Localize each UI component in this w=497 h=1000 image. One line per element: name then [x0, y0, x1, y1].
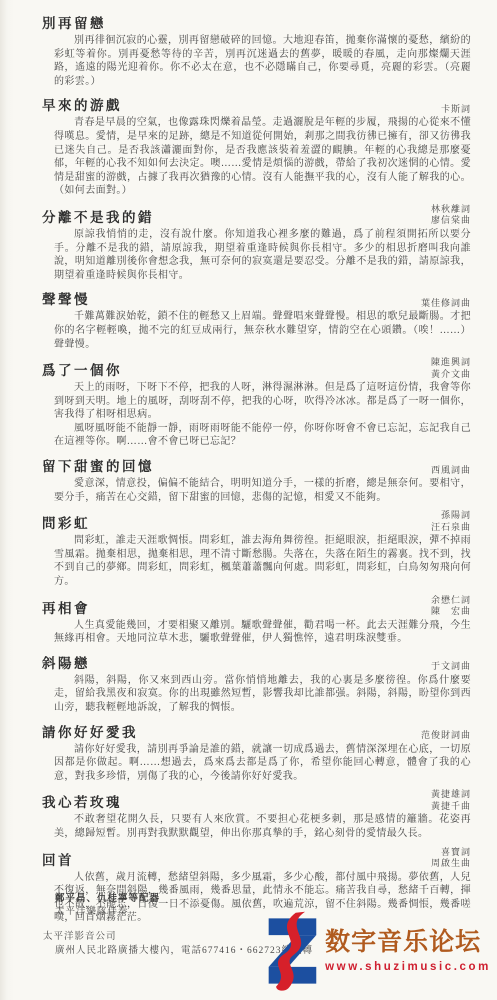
song-section: 聲聲慢 葉佳修詞曲 千難萬難淚始乾，鎖不住的輕愁又上眉端。聲聲唱來聲聲慢。相思的… — [42, 288, 471, 351]
watermark-site-name: 数字音乐论坛 — [325, 929, 491, 956]
song-title: 留下甜蜜的回憶 — [42, 458, 154, 475]
song-lyrics: 原諒我悄悄的走，沒有說什麼。你知道我心裡多麼的難過，爲了前程須開拓所以要分手。分… — [54, 228, 471, 282]
song-credits: 卡斯詞 — [441, 104, 471, 116]
song-credits: 林秋離詞廖信棠曲 — [431, 204, 471, 227]
song-section: 斜陽戀 于文詞曲 斜陽，斜陽，你又來到西山旁。當你悄悄地離去，我的心裏是多麼徬徨… — [42, 652, 471, 715]
song-title: 分離不是我的錯 — [42, 209, 154, 226]
credit-line: 范俊財詞曲 — [421, 730, 471, 742]
song-section: 別再留戀 別再徘徊沉寂的心靈，別再留戀破碎的回憶。大地迎春笛，拋棄你滿懷的憂愁，… — [42, 12, 471, 88]
song-section: 我心若玫瑰 黃捷雄詞黃捷千曲 不敢奢望花開久長，只要有人來欣賞。不要担心花梗多刺… — [42, 789, 471, 840]
song-lyrics: 別再徘徊沉寂的心靈，別再留戀破碎的回憶。大地迎春笛，拋棄你滿懷的憂愁，繽紛的彩虹… — [54, 34, 471, 88]
song-credits: 西風詞曲 — [431, 465, 471, 477]
song-lyrics: 青春是早晨的空氣，也像露珠閃爍着晶瑩。走過灑脫是年輕的步履，飛揚的心從來不懂得嘆… — [54, 116, 471, 198]
credit-line: 陳 宏曲 — [431, 606, 471, 618]
song-credits: 范俊財詞曲 — [421, 730, 471, 742]
song-title: 斜陽戀 — [42, 655, 90, 672]
lyric-paragraph: 愛意深，情意投，偏偏不能結合，明明知道分手，一樣的折磨，總是無奈何。要相守，要分… — [54, 477, 471, 504]
song-section: 請你好好愛我 范俊財詞曲 請你好好愛我，請別再爭論是誰的錯，就讓一切成爲過去，舊… — [42, 721, 471, 784]
credit-line: 孫陽詞 — [431, 510, 471, 522]
song-header: 爲了一個你 陳進興詞黃介文曲 — [42, 357, 471, 380]
credit-line: 余懋仁詞 — [431, 595, 471, 607]
song-section: 再相會 余懋仁詞陳 宏曲 人生真愛能幾回，才要相聚又離別。驪歌聲聲催，勸君喝一杯… — [42, 595, 471, 646]
song-section: 問彩虹 孫陽詞汪石泉曲 問彩虹，誰走天涯歌惆悵。問彩虹，誰去海角舞徬徨。拒絕眼淚… — [42, 510, 471, 588]
song-lyrics: 天上的雨呀，下呀下不停，把我的人呀，淋得濕淋淋。但是爲了這呀這份情，我會等你到呀… — [54, 381, 471, 449]
credit-line: 周啟生曲 — [431, 858, 471, 870]
credit-line: 黃捷雄詞 — [431, 789, 471, 801]
watermark-logo: 数字音乐论坛 www.shuzimusic.com — [264, 910, 491, 992]
song-credits: 陳進興詞黃介文曲 — [431, 357, 471, 380]
song-header: 早來的游戲 卡斯詞 — [42, 94, 471, 115]
song-section: 留下甜蜜的回憶 西風詞曲 愛意深，情意投，偏偏不能結合，明明知道分手，一樣的折磨… — [42, 455, 471, 504]
song-lyrics: 千難萬難淚始乾，鎖不住的輕愁又上眉端。聲聲唱來聲聲慢。相思的歌兒最斷腸。才把你的… — [54, 310, 471, 351]
credit-line: 喜寶詞 — [431, 847, 471, 859]
song-header: 別再留戀 — [42, 12, 471, 33]
song-section: 爲了一個你 陳進興詞黃介文曲 天上的雨呀，下呀下不停，把我的人呀，淋得濕淋淋。但… — [42, 357, 471, 449]
song-lyrics: 不敢奢望花開久長，只要有人來欣賞。不要担心花梗多刺，那是感情的籬牆。花姿再美，總… — [54, 813, 471, 840]
song-header: 再相會 余懋仁詞陳 宏曲 — [42, 595, 471, 618]
lyric-paragraph: 人生真愛能幾回，才要相聚又離別。驪歌聲聲催，勸君喝一杯。此去天涯難分飛，今生無緣… — [54, 619, 471, 646]
lyric-paragraph: 別再徘徊沉寂的心靈，別再留戀破碎的回憶。大地迎春笛，拋棄你滿懷的憂愁，繽紛的彩虹… — [54, 34, 471, 88]
song-credits: 喜寶詞周啟生曲 — [431, 847, 471, 870]
song-title: 問彩虹 — [42, 515, 90, 532]
song-header: 我心若玫瑰 黃捷雄詞黃捷千曲 — [42, 789, 471, 812]
lyric-paragraph: 天上的雨呀，下呀下不停，把我的人呀，淋得濕淋淋。但是爲了這呀這份情，我會等你到呀… — [54, 381, 471, 422]
song-title: 早來的游戲 — [42, 97, 122, 114]
song-list: 別再留戀 別再徘徊沉寂的心靈，別再留戀破碎的回憶。大地迎春笛，拋棄你滿懷的憂愁，… — [42, 12, 471, 925]
song-lyrics: 問彩虹，誰走天涯歌惆悵。問彩虹，誰去海角舞徬徨。拒絕眼淚，拒絕眼淚，彈不掉雨雪風… — [54, 534, 471, 588]
song-title: 請你好好愛我 — [42, 724, 138, 741]
credit-line: 黃介文曲 — [431, 369, 471, 381]
song-lyrics: 人生真愛能幾回，才要相聚又離別。驪歌聲聲催，勸君喝一杯。此去天涯難分飛，今生無緣… — [54, 619, 471, 646]
song-header: 回首 喜寶詞周啟生曲 — [42, 847, 471, 870]
song-lyrics: 斜陽，斜陽，你又來到西山旁。當你悄悄地離去，我的心裏是多麼徬徨。你爲什麼要走，留… — [54, 674, 471, 715]
song-credits: 葉佳修詞曲 — [421, 298, 471, 310]
lyric-paragraph: 請你好好愛我，請別再爭論是誰的錯，就讓一切成爲過去，舊情深深埋在心底，一切原因都… — [54, 743, 471, 784]
lyrics-sheet: 別再留戀 別再徘徊沉寂的心靈，別再留戀破碎的回憶。大地迎春笛，拋棄你滿懷的憂愁，… — [0, 0, 497, 1000]
credit-line: 于文詞曲 — [431, 661, 471, 673]
z-flame-icon — [264, 910, 320, 992]
song-title: 再相會 — [42, 600, 90, 617]
credit-line: 黃捷千曲 — [431, 801, 471, 813]
credit-line: 廖信棠曲 — [431, 215, 471, 227]
arranger-credit: 鄭平昌、仇桂寧等配器 — [55, 893, 313, 906]
credit-line: 汪石泉曲 — [431, 522, 471, 534]
song-section: 分離不是我的錯 林秋離詞廖信棠曲 原諒我悄悄的走，沒有說什麼。你知道我心裡多麼的… — [42, 204, 471, 282]
song-title: 回首 — [42, 852, 74, 869]
song-credits: 黃捷雄詞黃捷千曲 — [431, 789, 471, 812]
song-lyrics: 愛意深，情意投，偏偏不能結合，明明知道分手，一樣的折磨，總是無奈何。要相守，要分… — [54, 477, 471, 504]
song-header: 問彩虹 孫陽詞汪石泉曲 — [42, 510, 471, 533]
lyric-paragraph: 千難萬難淚始乾，鎖不住的輕愁又上眉端。聲聲唱來聲聲慢。相思的歌兒最斷腸。才把你的… — [54, 310, 471, 351]
credit-line: 西風詞曲 — [431, 465, 471, 477]
credit-line: 卡斯詞 — [441, 104, 471, 116]
song-header: 分離不是我的錯 林秋離詞廖信棠曲 — [42, 204, 471, 227]
lyric-paragraph: 原諒我悄悄的走，沒有說什麼。你知道我心裡多麼的難過，爲了前程須開拓所以要分手。分… — [54, 228, 471, 282]
song-credits: 余懋仁詞陳 宏曲 — [431, 595, 471, 618]
song-credits: 孫陽詞汪石泉曲 — [431, 510, 471, 533]
song-credits: 于文詞曲 — [431, 661, 471, 673]
song-header: 斜陽戀 于文詞曲 — [42, 652, 471, 673]
song-title: 別再留戀 — [42, 15, 106, 32]
credit-line: 林秋離詞 — [431, 204, 471, 216]
credit-line: 葉佳修詞曲 — [421, 298, 471, 310]
lyric-paragraph: 風呀風呀能不能靜一靜，雨呀雨呀能不能停一停，你呀你呀會不會已忘記，忘記我自己在這… — [54, 422, 471, 449]
lyric-paragraph: 問彩虹，誰走天涯歌惆悵。問彩虹，誰去海角舞徬徨。拒絕眼淚，拒絕眼淚，彈不掉雨雪風… — [54, 534, 471, 588]
lyric-paragraph: 斜陽，斜陽，你又來到西山旁。當你悄悄地離去，我的心裏是多麼徬徨。你爲什麼要走，留… — [54, 674, 471, 715]
song-section: 早來的游戲 卡斯詞 青春是早晨的空氣，也像露珠閃爍着晶瑩。走過灑脫是年輕的步履，… — [42, 94, 471, 198]
watermark-site-url: www.shuzimusic.com — [325, 961, 491, 973]
song-header: 留下甜蜜的回憶 西風詞曲 — [42, 455, 471, 476]
song-title: 我心若玫瑰 — [42, 794, 122, 811]
credit-line: 陳進興詞 — [431, 357, 471, 369]
song-lyrics: 請你好好愛我，請別再爭論是誰的錯，就讓一切成爲過去，舊情深深埋在心底，一切原因都… — [54, 743, 471, 784]
song-title: 爲了一個你 — [42, 362, 122, 379]
lyric-paragraph: 青春是早晨的空氣，也像露珠閃爍着晶瑩。走過灑脫是年輕的步履，飛揚的心從來不懂得嘆… — [54, 116, 471, 198]
song-title: 聲聲慢 — [42, 291, 90, 308]
song-header: 請你好好愛我 范俊財詞曲 — [42, 721, 471, 742]
song-header: 聲聲慢 葉佳修詞曲 — [42, 288, 471, 309]
lyric-paragraph: 不敢奢望花開久長，只要有人來欣賞。不要担心花梗多刺，那是感情的籬牆。花姿再美，總… — [54, 813, 471, 840]
